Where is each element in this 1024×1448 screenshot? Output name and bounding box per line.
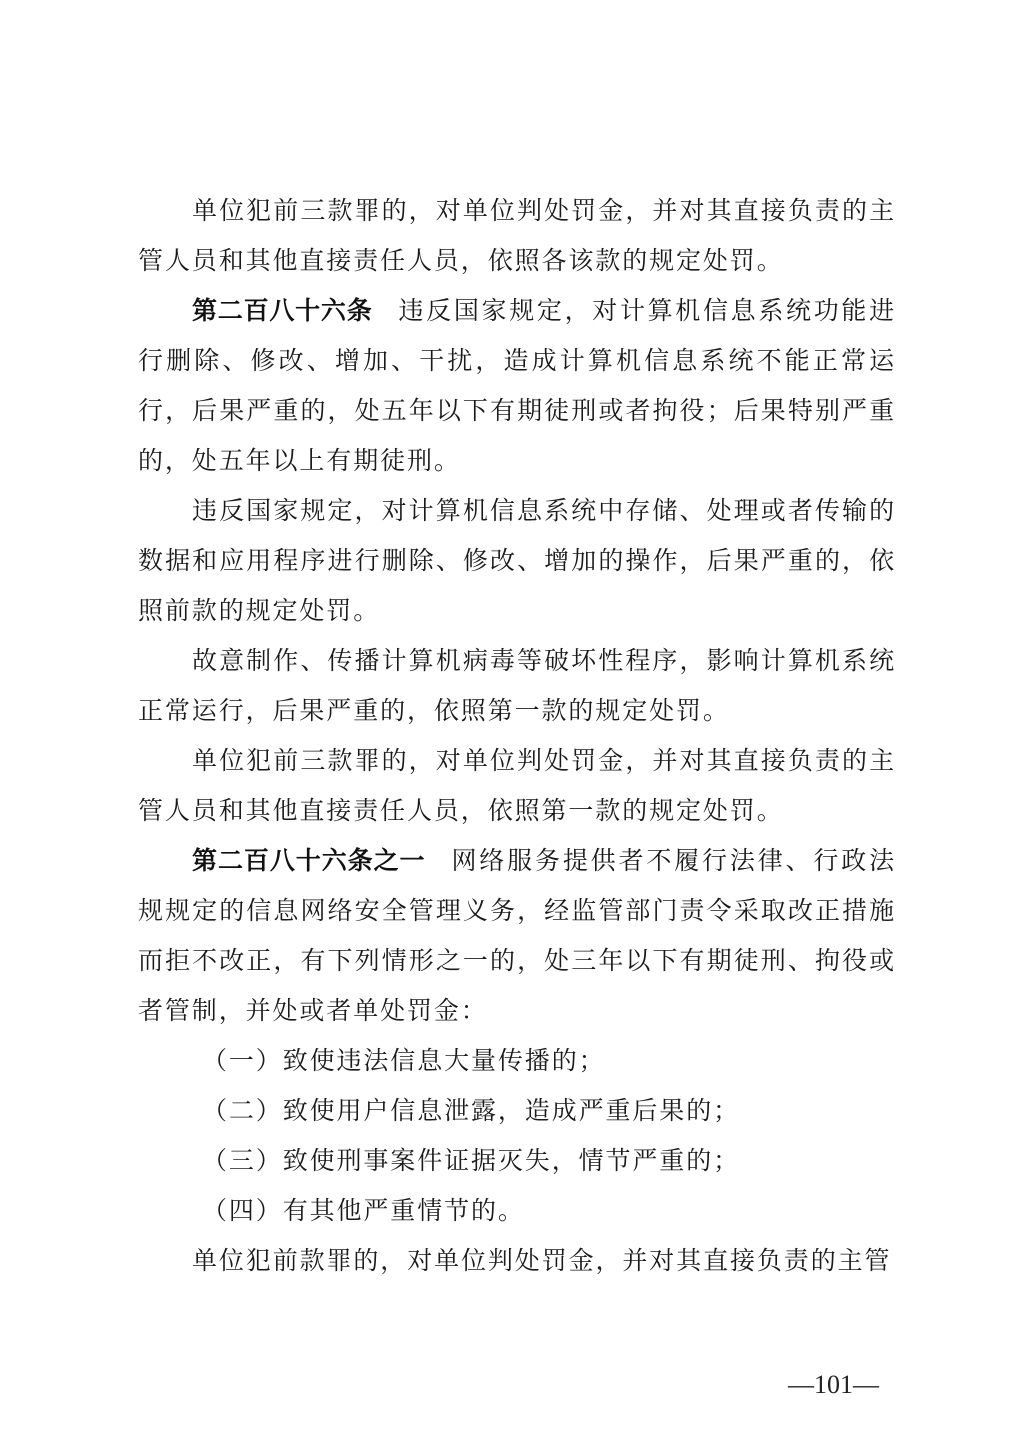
paragraph-unit-crime-continued: 单位犯前款罪的，对单位判处罚金，并对其直接负责的主管 — [138, 1236, 896, 1286]
page-number: —101— — [788, 1370, 879, 1400]
document-page: 单位犯前三款罪的，对单位判处罚金，并对其直接负责的主管人员和其他直接责任人员，依… — [138, 186, 896, 1286]
paragraph-unit-crime-penalty-2: 单位犯前三款罪的，对单位判处罚金，并对其直接负责的主管人员和其他直接责任人员，依… — [138, 736, 896, 836]
list-item-2: （二）致使用户信息泄露，造成严重后果的； — [138, 1086, 896, 1136]
article-286: 第二百八十六条违反国家规定，对计算机信息系统功能进行删除、修改、增加、干扰，造成… — [138, 286, 896, 486]
list-item-1: （一）致使违法信息大量传播的； — [138, 1036, 896, 1086]
article-286-1: 第二百八十六条之一网络服务提供者不履行法律、行政法规规定的信息网络安全管理义务，… — [138, 836, 896, 1036]
paragraph-virus: 故意制作、传播计算机病毒等破坏性程序，影响计算机系统正常运行，后果严重的，依照第… — [138, 636, 896, 736]
article-heading: 第二百八十六条之一 — [192, 846, 425, 875]
list-item-4: （四）有其他严重情节的。 — [138, 1186, 896, 1236]
article-heading: 第二百八十六条 — [192, 296, 372, 325]
paragraph-unit-crime-penalty: 单位犯前三款罪的，对单位判处罚金，并对其直接负责的主管人员和其他直接责任人员，依… — [138, 186, 896, 286]
list-item-3: （三）致使刑事案件证据灭失，情节严重的； — [138, 1136, 896, 1186]
paragraph-data-tampering: 违反国家规定，对计算机信息系统中存储、处理或者传输的数据和应用程序进行删除、修改… — [138, 486, 896, 636]
